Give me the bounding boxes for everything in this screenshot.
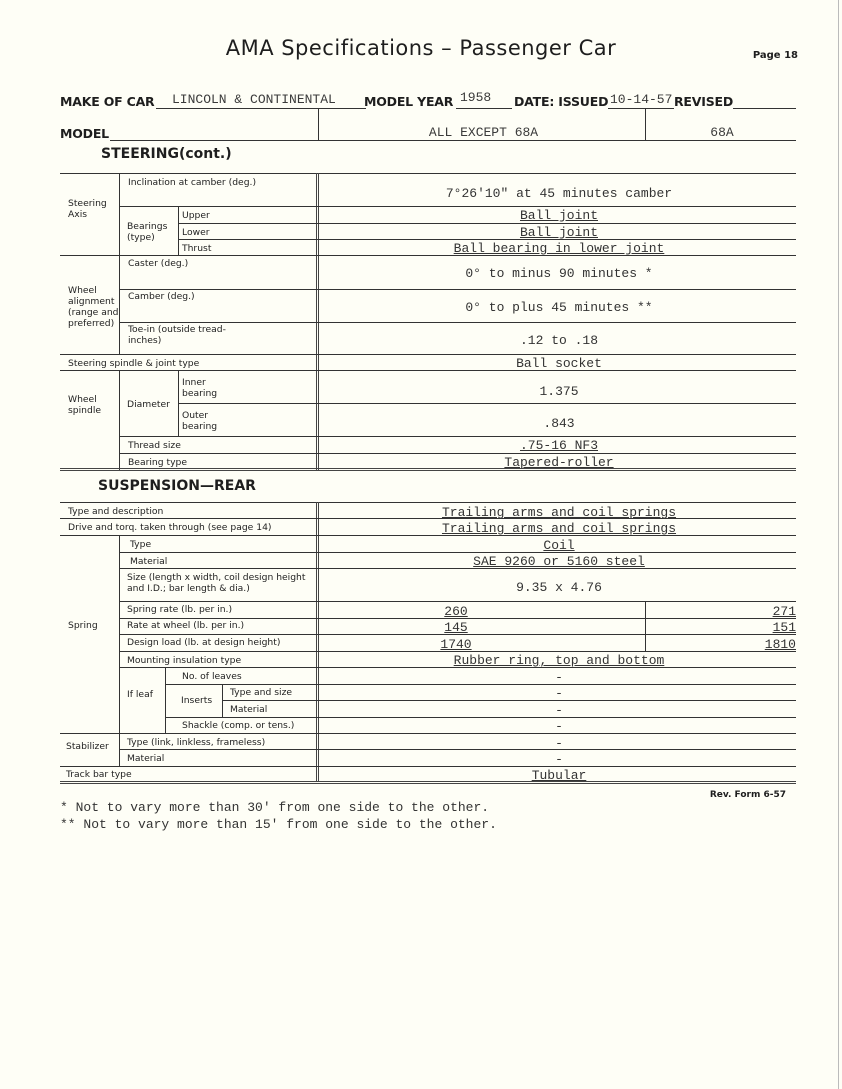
camber-label: Camber (deg.) [128, 291, 195, 302]
outer-bearing-label: Outer bearing [182, 410, 232, 432]
spring-material-value: SAE 9260 or 5160 steel [322, 554, 796, 569]
date-issued-label: DATE: ISSUED [514, 94, 608, 109]
spring-type-value: Coil [322, 538, 796, 553]
spring-rate-label: Spring rate (lb. per in.) [127, 604, 232, 615]
date-issued-value: 10-14-57 [610, 92, 672, 107]
upper-label: Upper [182, 210, 210, 221]
drive-torque-value: Trailing arms and coil springs [322, 521, 796, 536]
spring-material-label: Material [130, 556, 167, 567]
thread-size-value: .75-16 NF3 [322, 438, 796, 453]
lower-value: Ball joint [322, 225, 796, 240]
spring-label: Spring [68, 620, 98, 631]
thrust-label: Thrust [182, 243, 211, 254]
toein-value: .12 to .18 [322, 333, 796, 348]
rate-wheel-label: Rate at wheel (lb. per in.) [127, 620, 244, 631]
mounting-label: Mounting insulation type [127, 655, 241, 666]
stab-material-value: - [322, 752, 796, 767]
stabilizer-label: Stabilizer [66, 741, 109, 752]
inclination-value: 7°26'10" at 45 minutes camber [322, 186, 796, 201]
insert-material-value: - [322, 703, 796, 718]
make-value: LINCOLN & CONTINENTAL [172, 92, 336, 107]
steering-axis-label: Steering Axis [68, 198, 116, 220]
design-load-label: Design load (lb. at design height) [127, 637, 280, 648]
rev-form: Rev. Form 6-57 [710, 790, 786, 800]
toein-label: Toe-in (outside tread-inches) [128, 324, 248, 346]
leaves-value: - [322, 670, 796, 685]
inner-bearing-value: 1.375 [322, 384, 796, 399]
bearing-type-label: Bearing type [128, 457, 187, 468]
make-label: MAKE OF CAR [60, 94, 154, 109]
stab-type-value: - [322, 736, 796, 751]
steering-section-title: STEERING(cont.) [101, 146, 232, 162]
bearing-type-value: Tapered-roller [322, 455, 796, 470]
lower-label: Lower [182, 227, 210, 238]
wheel-alignment-label: Wheel alignment (range and preferred) [68, 285, 120, 329]
spring-size-label: Size (length x width, coil design height… [127, 572, 317, 594]
inserts-label: Inserts [181, 695, 212, 706]
type-desc-label: Type and description [68, 506, 163, 517]
camber-value: 0° to plus 45 minutes ** [322, 300, 796, 315]
bearings-label: Bearings (type) [127, 221, 175, 243]
footnote-2: ** Not to vary more than 15' from one si… [60, 817, 497, 832]
if-leaf-label: If leaf [127, 689, 161, 700]
mounting-value: Rubber ring, top and bottom [322, 653, 796, 668]
revised-label: REVISED [674, 94, 733, 109]
suspension-section-title: SUSPENSION—REAR [98, 478, 256, 494]
caster-value: 0° to minus 90 minutes * [322, 266, 796, 281]
footnote-1: * Not to vary more than 30' from one sid… [60, 800, 489, 815]
page-number: Page 18 [753, 50, 798, 61]
inclination-label: Inclination at camber (deg.) [128, 177, 256, 188]
spring-type-label: Type [130, 539, 151, 550]
thrust-value: Ball bearing in lower joint [322, 241, 796, 256]
model-label: MODEL [60, 126, 109, 141]
track-bar-label: Track bar type [66, 769, 132, 780]
model-col1: ALL EXCEPT 68A [322, 125, 645, 140]
page-edge [838, 0, 839, 1089]
stab-type-label: Type (link, linkless, frameless) [127, 737, 265, 748]
model-col2: 68A [648, 125, 796, 140]
inner-bearing-label: Inner bearing [182, 377, 232, 399]
spring-size-value: 9.35 x 4.76 [322, 580, 796, 595]
diameter-label: Diameter [127, 399, 170, 410]
thread-size-label: Thread size [128, 440, 181, 451]
shackle-value: - [322, 719, 796, 734]
upper-value: Ball joint [322, 208, 796, 223]
spindle-joint-value: Ball socket [322, 356, 796, 371]
insert-type-label: Type and size [230, 687, 292, 698]
leaves-label: No. of leaves [182, 671, 242, 682]
model-year-label: MODEL YEAR [364, 94, 453, 109]
stab-material-label: Material [127, 753, 164, 764]
page-title: AMA Specifications – Passenger Car [0, 36, 842, 60]
rate-wheel-col2: 151 [648, 620, 800, 635]
design-load-col1: 1740 [322, 637, 590, 652]
design-load-col2: 1810 [648, 637, 800, 652]
rate-wheel-col1: 145 [322, 620, 590, 635]
insert-type-value: - [322, 686, 796, 701]
caster-label: Caster (deg.) [128, 258, 188, 269]
model-year-value: 1958 [460, 90, 491, 105]
insert-material-label: Material [230, 704, 267, 715]
type-desc-value: Trailing arms and coil springs [322, 505, 796, 520]
drive-torque-label: Drive and torq. taken through (see page … [68, 522, 272, 533]
spring-rate-col1: 260 [322, 604, 590, 619]
shackle-label: Shackle (comp. or tens.) [182, 720, 294, 731]
track-bar-value: Tubular [322, 768, 796, 783]
spring-rate-col2: 271 [648, 604, 800, 619]
spindle-joint-label: Steering spindle & joint type [68, 358, 199, 369]
wheel-spindle-label: Wheel spindle [68, 394, 116, 416]
outer-bearing-value: .843 [322, 416, 796, 431]
